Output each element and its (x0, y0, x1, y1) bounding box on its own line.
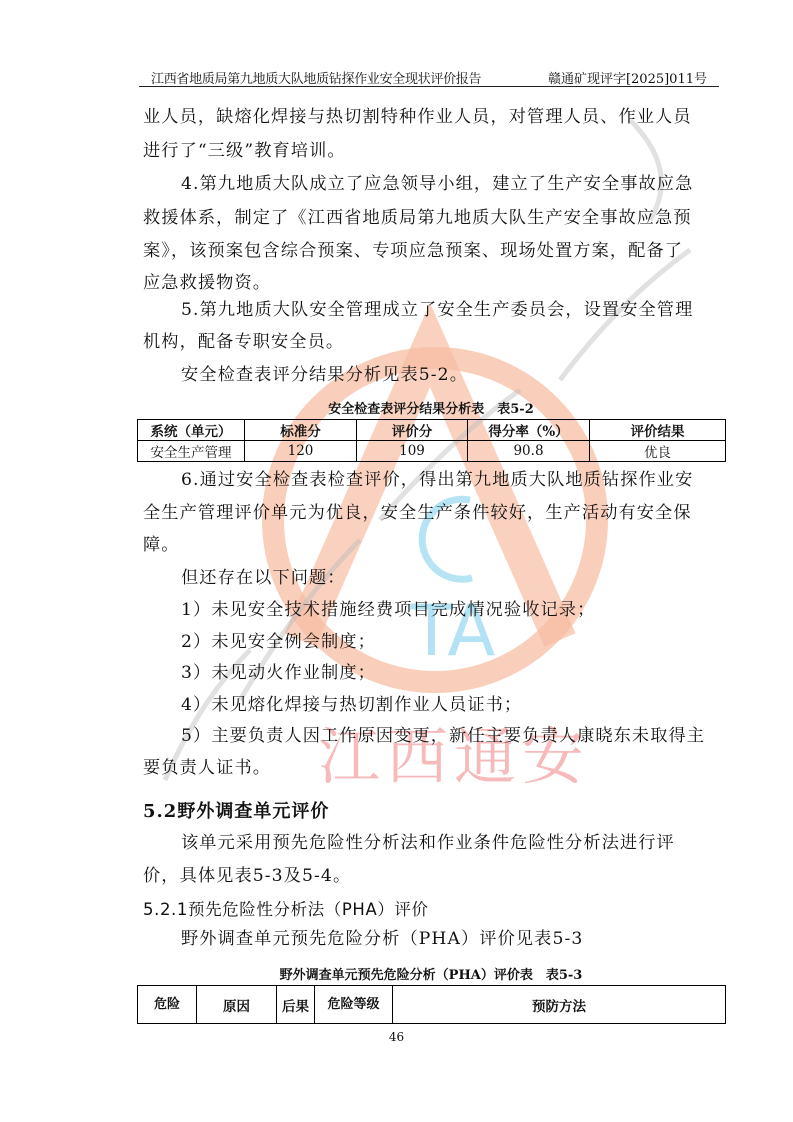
paragraph-line: 业人员，缺熔化焊接与热切割特种作业人员，对管理人员、作业人员 (143, 100, 715, 134)
table-cell: 优良 (590, 441, 726, 462)
table-header-cell: 原因 (197, 986, 277, 1024)
table-5-3: 危险 原因 后果 危险等级 预防方法 (137, 985, 726, 1024)
paragraph-line: 5.第九地质大队安全管理成立了安全生产委员会，设置安全管理 (143, 293, 715, 327)
table-header-cell: 后果 (277, 986, 315, 1024)
table-header-cell: 得分率（%） (468, 420, 590, 441)
table-header-cell: 评价结果 (590, 420, 726, 441)
report-title: 江西省地质局第九地质大队地质钻探作业安全现状评价报告 (151, 68, 481, 87)
document-page: TA 江西通安 江西省地质局第九地质大队地质钻探作业安全现状评价报告 赣通矿现评… (0, 0, 793, 1122)
section-heading-5-2: 5.2野外调查单元评价 (143, 797, 329, 823)
paragraph-line: 机构，配备专职安全员。 (143, 325, 715, 359)
table-header-cell: 危险等级 (315, 986, 393, 1024)
table-header-cell: 标准分 (245, 420, 357, 441)
table-header-cell: 系统（单元） (138, 420, 245, 441)
table-cell: 安全生产管理 (138, 441, 245, 462)
paragraph-line: 价，具体见表5-3及5-4。 (143, 859, 715, 893)
table-header-cell: 评价分 (357, 420, 468, 441)
issue-item: 要负责人证书。 (143, 751, 715, 785)
page-header: 江西省地质局第九地质大队地质钻探作业安全现状评价报告 赣通矿现评字[2025]0… (139, 66, 719, 87)
table-header-cell: 预防方法 (393, 986, 726, 1024)
paragraph-line: 该单元采用预先危险性分析法和作业条件危险性分析法进行评 (143, 826, 715, 860)
table-cell: 109 (357, 441, 468, 462)
table-cell: 120 (245, 441, 357, 462)
paragraph-line: 全生产管理评价单元为优良，安全生产条件较好，生产活动有安全保 (143, 496, 715, 530)
table-row: 安全生产管理 120 109 90.8 优良 (138, 441, 726, 462)
paragraph-line: 救援体系，制定了《江西省地质局第九地质大队生产安全事故应急预 (143, 201, 715, 235)
table-cell: 90.8 (468, 441, 590, 462)
paragraph-line: 案》，该预案包含综合预案、专项应急预案、现场处置方案，配备了 (143, 234, 715, 268)
document-number: 赣通矿现评字[2025]011号 (548, 68, 707, 87)
table-5-3-caption: 野外调查单元预先危险分析（PHA）评价表 表5-3 (137, 964, 725, 983)
issue-item: 2）未见安全例会制度； (143, 625, 715, 659)
paragraph-line: 障。 (143, 528, 715, 562)
issues-intro: 但还存在以下问题： (143, 561, 715, 595)
issue-item: 5）主要负责人因工作原因变更，新任主要负责人康晓东未取得主 (143, 719, 715, 753)
issue-item: 3）未见动火作业制度； (143, 656, 715, 690)
issue-item: 1）未见安全技术措施经费项目完成情况验收记录； (143, 593, 715, 627)
table-5-2: 系统（单元） 标准分 评价分 得分率（%） 评价结果 安全生产管理 120 10… (137, 419, 726, 462)
paragraph-line: 进行了“三级”教育培训。 (143, 134, 715, 168)
paragraph-line: 6.通过安全检查表检查评价，得出第九地质大队地质钻探作业安 (143, 463, 715, 497)
page-number: 46 (0, 1030, 793, 1044)
section-heading-5-2-1: 5.2.1预先危险性分析法（PHA）评价 (143, 896, 429, 920)
paragraph-line: 安全检查表评分结果分析见表5-2。 (143, 358, 715, 392)
paragraph-line: 野外调查单元预先危险分析（PHA）评价见表5-3 (143, 922, 715, 956)
issue-item: 4）未见熔化焊接与热切割作业人员证书； (143, 688, 715, 722)
table-5-2-caption: 安全检查表评分结果分析表 表5-2 (137, 398, 725, 417)
paragraph-line: 4.第九地质大队成立了应急领导小组，建立了生产安全事故应急 (143, 167, 715, 201)
table-header-cell: 危险 (138, 986, 197, 1024)
